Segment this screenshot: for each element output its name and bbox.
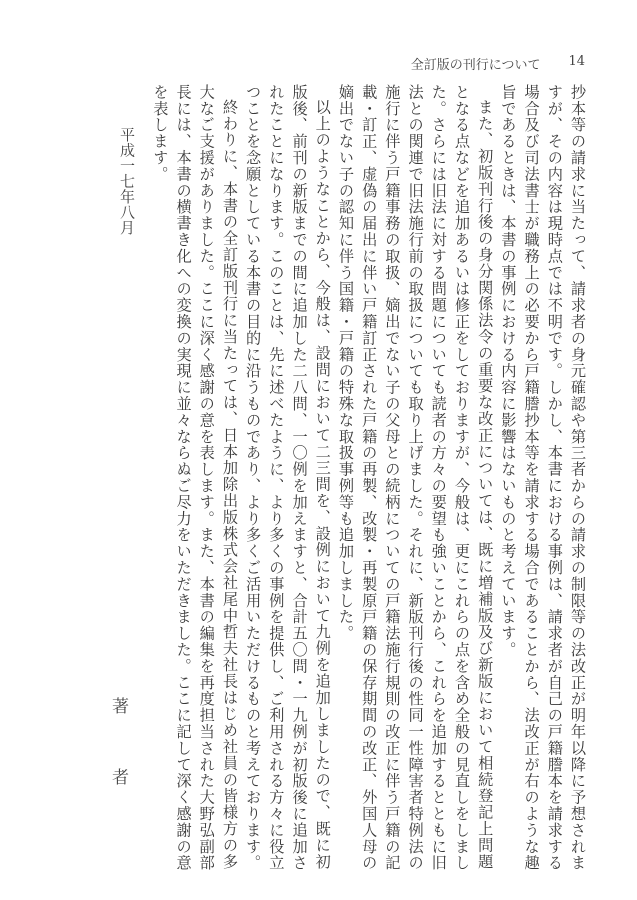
page-number: 14 (568, 54, 585, 73)
header-title: 全訂版の刊行について (411, 54, 541, 73)
paragraph-4: 終わりに、本書の全訂版刊行に当たっては、日本加除出版株式会社尾中哲夫社長はじめ社… (148, 84, 241, 884)
author-signature-char-1: 著 (112, 692, 129, 717)
body-text: 抄本等の請求に当たって、請求者の身元確認や第三者からの請求の制限等の法改正が明年… (148, 84, 589, 884)
document-page: 全訂版の刊行について 14 抄本等の請求に当たって、請求者の身元確認や第三者から… (0, 0, 637, 900)
paragraph-2: また、初版刊行後の身分関係法令の重要な改正については、既に増補版及び新版において… (334, 84, 496, 884)
running-header: 全訂版の刊行について 14 (411, 54, 585, 73)
author-signature-char-2: 者 (112, 763, 129, 788)
closing-date: 平成一七年八月 (117, 127, 138, 236)
paragraph-1: 抄本等の請求に当たって、請求者の身元確認や第三者からの請求の制限等の法改正が明年… (496, 84, 589, 884)
paragraph-3: 以上のようなことから、今般は、設問において二三問を、設例において九例を追加しまし… (241, 84, 334, 884)
